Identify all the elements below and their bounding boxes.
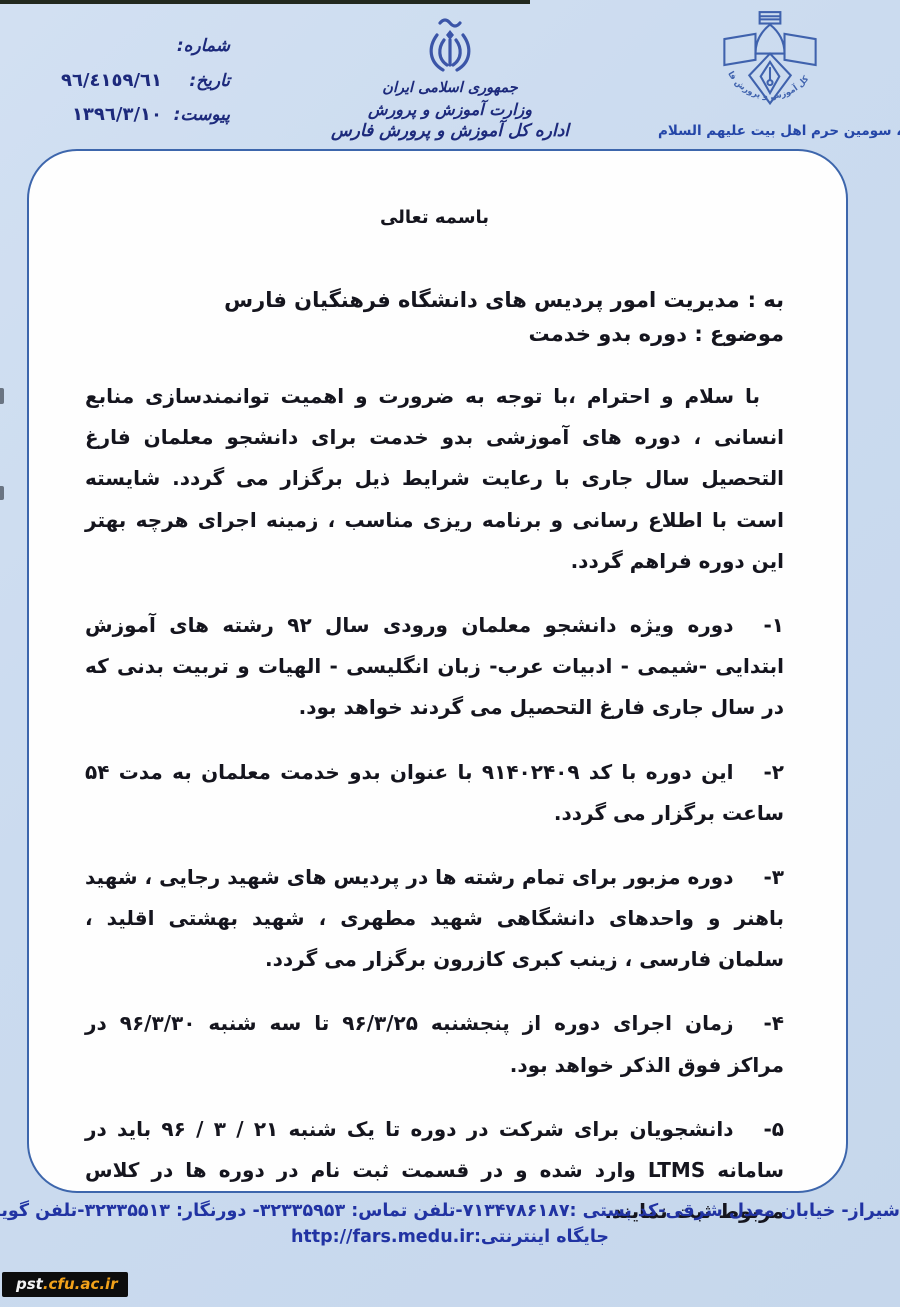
footer-address-line: شیراز- خیابان معدل شرقی-کد پستی :٧١٣۴٧٨۶… xyxy=(0,1201,900,1221)
fars-education-seal-block: اداره کل آموزش و پرورش فارس شیراز، سومین… xyxy=(658,10,882,139)
list-item-3: ٣-دوره مزبور برای تمام رشته ها در پردیس … xyxy=(85,857,784,981)
item-number: ٢- xyxy=(763,760,784,784)
website-url: http://fars.medu.ir xyxy=(291,1227,474,1247)
date-label: تاریخ: xyxy=(168,71,230,91)
letterhead-footer: شیراز- خیابان معدل شرقی-کد پستی :٧١٣۴٧٨۶… xyxy=(0,1201,900,1247)
subject-line: موضوع : دوره بدو خدمت xyxy=(85,322,784,346)
fars-education-seal-icon: اداره کل آموزش و پرورش فارس xyxy=(658,10,882,120)
item-text: زمان اجرای دوره از پنجشنبه ٩۶/٣/٢۵ تا سه… xyxy=(85,1011,784,1076)
recipient-label: به : xyxy=(748,288,784,312)
meta-row-attachment: پیوست: ١٣٩٦/٣/١٠ xyxy=(40,104,230,138)
item-text: دوره ویژه دانشجو معلمان ورودی سال ٩٢ رشت… xyxy=(85,613,784,719)
ministry-header: جمهوری اسلامی ایران وزارت آموزش و پرورش … xyxy=(295,16,605,143)
scan-edge-mark xyxy=(0,486,4,500)
date-value: ٩٦/٤١٥٩/٦١ xyxy=(61,70,162,91)
item-number: ۵- xyxy=(763,1117,784,1141)
attachment-value: ١٣٩٦/٣/١٠ xyxy=(72,104,162,125)
meta-row-date: تاریخ: ٩٦/٤١٥٩/٦١ xyxy=(40,70,230,104)
subject-label: موضوع : xyxy=(694,322,784,346)
recipient-line: به :مدیریت امور پردیس های دانشگاه فرهنگی… xyxy=(85,288,784,312)
list-item-4: ۴-زمان اجرای دوره از پنجشنبه ٩۶/٣/٢۵ تا … xyxy=(85,1003,784,1085)
scan-edge-mark xyxy=(0,388,4,404)
item-text: دوره مزبور برای تمام رشته ها در پردیس ها… xyxy=(85,865,784,971)
subject-value: دوره بدو خدمت xyxy=(528,322,687,346)
watermark-stamp: pst.cfu.ac.ir xyxy=(2,1272,128,1297)
letter-body-box: باسمه تعالی به :مدیریت امور پردیس های دا… xyxy=(27,149,848,1193)
department-title: اداره کل آموزش و پرورش فارس xyxy=(295,120,605,143)
watermark-prefix: pst xyxy=(16,1275,43,1293)
item-text: این دوره با کد ٩١۴٠٢۴٠٩ با عنوان بدو خدم… xyxy=(85,760,784,825)
item-number: ١- xyxy=(763,613,784,637)
recipient-value: مدیریت امور پردیس های دانشگاه فرهنگیان ف… xyxy=(224,288,739,312)
website-label: جایگاه اینترنتی: xyxy=(474,1227,609,1247)
letter-meta-fields: شماره: تاریخ: ٩٦/٤١٥٩/٦١ پیوست: ١٣٩٦/٣/١… xyxy=(40,36,230,138)
ministry-title: وزارت آموزش و پرورش xyxy=(295,99,605,121)
scanned-letter-page: شماره: تاریخ: ٩٦/٤١٥٩/٦١ پیوست: ١٣٩٦/٣/١… xyxy=(0,0,900,1307)
intro-paragraph: با سلام و احترام ،با توجه به ضرورت و اهم… xyxy=(85,376,784,582)
item-number: ٣- xyxy=(763,865,784,889)
country-title: جمهوری اسلامی ایران xyxy=(295,79,605,99)
seal-caption: شیراز، سومین حرم اهل بیت علیهم السلام xyxy=(658,123,882,139)
scan-edge-artifact xyxy=(0,0,530,4)
attachment-label: پیوست: xyxy=(168,105,230,125)
list-item-1: ١-دوره ویژه دانشجو معلمان ورودی سال ٩٢ ر… xyxy=(85,605,784,729)
iran-allah-emblem-icon xyxy=(295,16,605,74)
bismillah-line: باسمه تعالی xyxy=(85,207,784,228)
number-label: شماره: xyxy=(168,36,230,56)
item-number: ۴- xyxy=(763,1011,784,1035)
meta-row-number: شماره: xyxy=(40,36,230,70)
footer-website-line: جایگاه اینترنتی:http://fars.medu.ir xyxy=(0,1227,900,1247)
watermark-suffix: .cfu.ac.ir xyxy=(43,1275,118,1293)
list-item-2: ٢-این دوره با کد ٩١۴٠٢۴٠٩ با عنوان بدو خ… xyxy=(85,752,784,834)
